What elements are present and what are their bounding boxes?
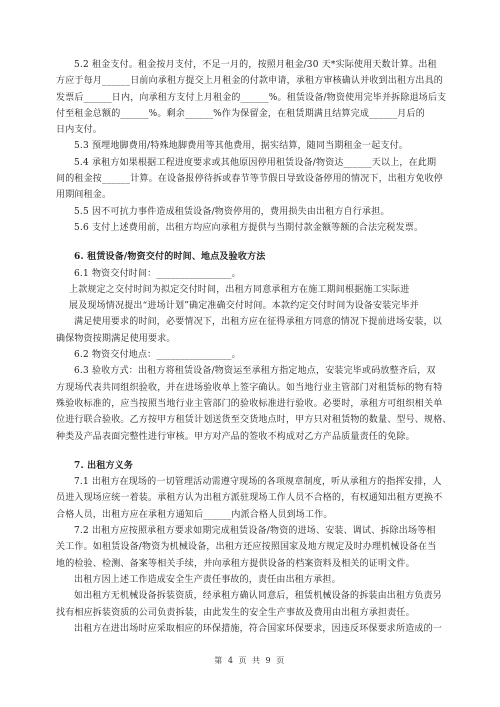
text-line: 地的检验、检测、备案等相关手续，并向承租方提供设备的档案资料及相关的证明文件。 — [56, 556, 450, 572]
text-line: 5.6 支付上述费用前，出租方均应向承租方提供与当期付款金额等额的合法完税发票。 — [56, 220, 450, 236]
section-heading: 6. 租赁设备/物资交付的时间、地点及验收方法 — [56, 249, 450, 265]
text-line: 方现场代表共同组织验收，并在进场验收单上签字确认。如当地行业主管部门对租赁标的物… — [56, 380, 450, 396]
section-heading: 7. 出租方义务 — [56, 458, 450, 474]
text-line: 关工作。如租赁设备/物资为机械设备，出租方还应按照国家及地方规定及时办理机械设备… — [56, 539, 450, 555]
text-line: 展及现场情况提出“进场计划”确定准确交付时间。本款约定交付时间为设备安装完毕并 — [56, 298, 450, 314]
text-line: 5.3 预埋地脚费用/特殊地脚费用等其他费用，据实结算，随同当期租金一起支付。 — [56, 138, 450, 154]
text-line: 发票后______日内，向承租方支付上月租金的______%。租赁设备/物资使用… — [56, 90, 450, 106]
text-line: 7.1 出租方在现场的一切管理活动需遵守现场的各项规章制度，听从承租方的指挥安排… — [56, 474, 450, 490]
text-line: 位进行联合验收。乙方按甲方租赁计划送货至交货地点时，甲方只对租赁物的数量、型号、… — [56, 412, 450, 428]
text-line: 7.2 出租方应按照承租方要求如期完成租赁设备/物资的进场、安装、调试、拆除出场… — [56, 523, 450, 539]
text-line: 殊验收标准的，应当按照当地行业主管部门的验收标准进行验收。必要时，承租方可组织相… — [56, 396, 450, 412]
text-line: 出租方在进出场时应采取相应的环保措施，符合国家环保要求，因违反环保要求所造成的一 — [56, 621, 450, 637]
text-line: 如出租方无机械设备拆装资质，经承租方确认同意后，租赁机械设备的拆装由出租方负责另 — [56, 588, 450, 604]
text-line: 5.2 租金支付。租金按月支付，不足一月的，按照月租金/30 天*实际使用天数计… — [56, 57, 450, 73]
text-line: 5.4 承租方如果根据工程进度要求或其他原因停用租赁设备/物资达______天以… — [56, 155, 450, 171]
text-line: 上款规定之交付时间为拟定交付时间，出租方同意承租方在施工期间根据施工实际进 — [56, 282, 450, 298]
text-line: 确保物资按期满足使用要求。 — [56, 331, 450, 347]
document-body: 5.2 租金支付。租金按月支付，不足一月的，按照月租金/30 天*实际使用天数计… — [56, 57, 450, 637]
text-line: 满足使用要求的时间，必要情况下，出租方应在征得承租方同意的情况下提前进场安装，以 — [56, 314, 450, 330]
text-line: 6.2 物资交付地点：________________。 — [56, 347, 450, 363]
text-line: 日内支付。 — [56, 122, 450, 138]
document-page: 5.2 租金支付。租金按月支付，不足一月的，按照月租金/30 天*实际使用天数计… — [0, 0, 500, 707]
text-line: 方应于每月______日前向承租方提交上月租金的付款申请，承租方审核确认并收到出… — [56, 73, 450, 89]
text-line: 6.3 验收方式：出租方将租赁设备/物资运至承租方指定地点，安装完毕或码放整齐后… — [56, 363, 450, 379]
text-line: 员进入现场应统一着装。承租方认为出租方派驻现场工作人员不合格的，有权通知出租方更… — [56, 490, 450, 506]
text-line: 付至租金总额的______%。剩余______%作为保留金，在租赁期满且结算完成… — [56, 106, 450, 122]
text-line: 出租方因上述工作造成安全生产责任事故的，责任由出租方承担。 — [56, 572, 450, 588]
page-number-footer: 第 4 页 共 9 页 — [0, 655, 500, 666]
text-line: 间的租金按______计算。在设备报停待拆或春节等节假日导致设备停用的情况下，出… — [56, 171, 450, 187]
text-line: 用期间租金。 — [56, 187, 450, 203]
text-line: 合格人员，出租方应在承租方通知后______内派合格人员到场工作。 — [56, 507, 450, 523]
text-line: 6.1 物资交付时间：________________。 — [56, 266, 450, 282]
text-line: 5.5 因不可抗力事件造成租赁设备/物资停用的，费用损失由出租方自行承担。 — [56, 204, 450, 220]
text-line: 种类及产品表面完整性进行审核。甲方对产品的签收不构成对乙方产品质量责任的免除。 — [56, 429, 450, 445]
text-line: 找有相应拆装资质的公司负责拆装，由此发生的安全生产事故及费用由出租方承担责任。 — [56, 605, 450, 621]
